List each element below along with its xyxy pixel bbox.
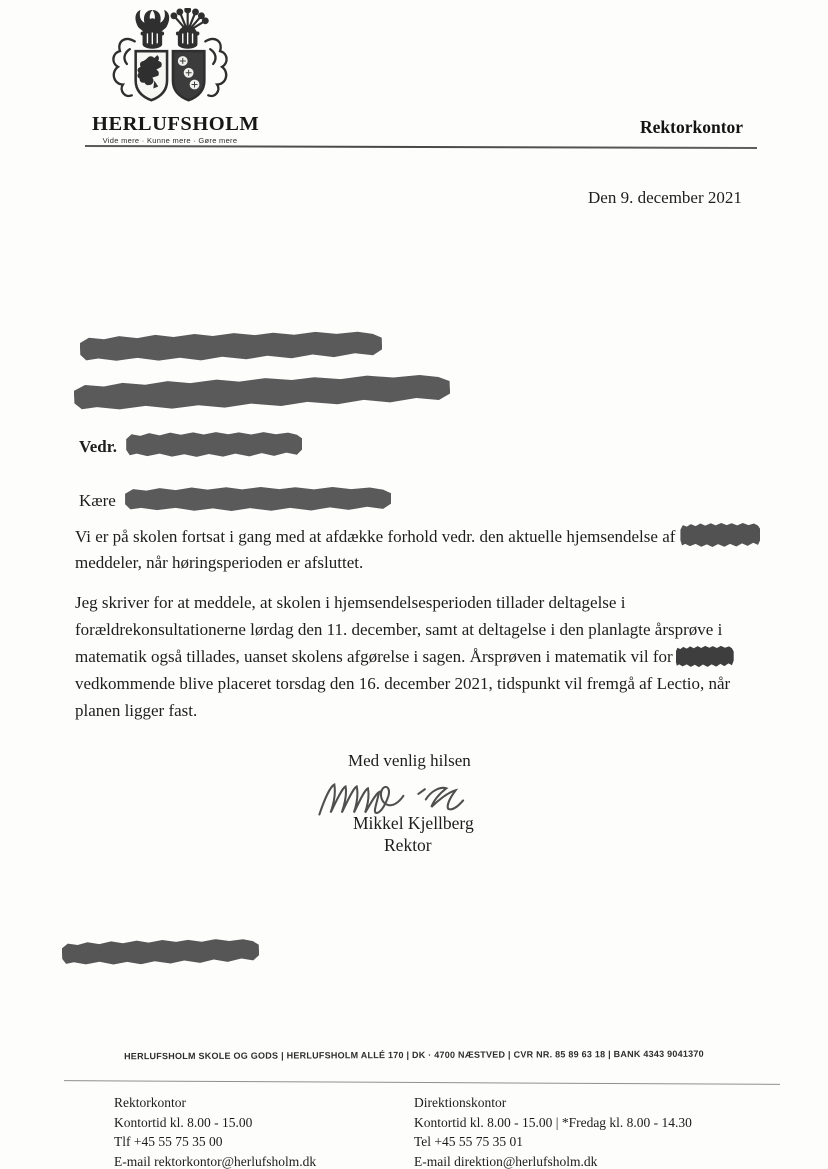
direktionskontor-phone: Tel +45 55 75 35 01 <box>414 1132 692 1152</box>
redaction-bottom-note <box>62 937 259 966</box>
rektorkontor-phone: Tlf +45 55 75 35 00 <box>114 1132 316 1152</box>
subject-line: Vedr. <box>79 431 302 458</box>
greeting-label: Kære <box>79 491 116 510</box>
footer-divider <box>64 1080 780 1085</box>
valediction: Med venlig hilsen <box>348 751 471 771</box>
letter-date: Den 9. december 2021 <box>588 188 742 208</box>
body-paragraph1-line2: meddeler, når høringsperioden er afslutt… <box>75 549 795 576</box>
body-paragraph2-line4: vedkommende blive placeret torsdag den 1… <box>75 670 795 697</box>
footer-rektorkontor-block: Rektorkontor Kontortid kl. 8.00 - 15.00 … <box>114 1093 316 1169</box>
letter-body: Vi er på skolen fortsat i gang med at af… <box>75 522 795 724</box>
body-paragraph1-line1: Vi er på skolen fortsat i gang med at af… <box>75 522 795 549</box>
rektorkontor-hours: Kontortid kl. 8.00 - 15.00 <box>114 1113 316 1133</box>
school-motto: Vide mere · Kunne mere · Gøre mere <box>92 136 248 145</box>
signer-title: Rektor <box>384 835 432 856</box>
subject-label: Vedr. <box>79 437 117 456</box>
body-paragraph2-line3: matematik også tillades, uanset skolens … <box>75 643 795 670</box>
redaction-subject <box>126 431 302 458</box>
department-header: Rektorkontor <box>640 117 743 138</box>
body-paragraph2-line1: Jeg skriver for at meddele, at skolen i … <box>75 589 795 616</box>
body-paragraph2-line5: planen ligger fast. <box>75 697 795 724</box>
greeting-line: Kære <box>79 486 391 512</box>
redaction-address-line-1 <box>80 330 382 364</box>
footer-org-line: HERLUFSHOLM SKOLE OG GODS | HERLUFSHOLM … <box>0 1048 828 1062</box>
paragraph-spacer <box>75 576 795 589</box>
redaction-paragraph2 <box>676 645 734 668</box>
scanned-letter-page: HERLUFSHOLM Vide mere · Kunne mere · Gør… <box>0 0 828 1169</box>
herlufsholm-crest-icon <box>104 8 236 112</box>
redaction-address-line-2 <box>74 372 451 412</box>
letterhead-logo: HERLUFSHOLM Vide mere · Kunne mere · Gør… <box>92 8 248 145</box>
body-paragraph2-line2: forældrekonsultationerne lørdag den 11. … <box>75 616 795 643</box>
signer-name: Mikkel Kjellberg <box>353 813 474 834</box>
rektorkontor-email: E-mail rektorkontor@herlufsholm.dk <box>114 1152 316 1169</box>
school-name: HERLUFSHOLM <box>92 114 248 134</box>
redaction-greeting <box>125 486 391 512</box>
direktionskontor-email: E-mail direktion@herlufsholm.dk <box>414 1152 692 1169</box>
direktionskontor-title: Direktionskontor <box>414 1093 692 1113</box>
direktionskontor-hours: Kontortid kl. 8.00 - 15.00 | *Fredag kl.… <box>414 1113 692 1133</box>
letterhead-divider <box>85 145 757 149</box>
footer-direktionskontor-block: Direktionskontor Kontortid kl. 8.00 - 15… <box>414 1093 692 1169</box>
redaction-paragraph1 <box>680 522 760 548</box>
rektorkontor-title: Rektorkontor <box>114 1093 316 1113</box>
